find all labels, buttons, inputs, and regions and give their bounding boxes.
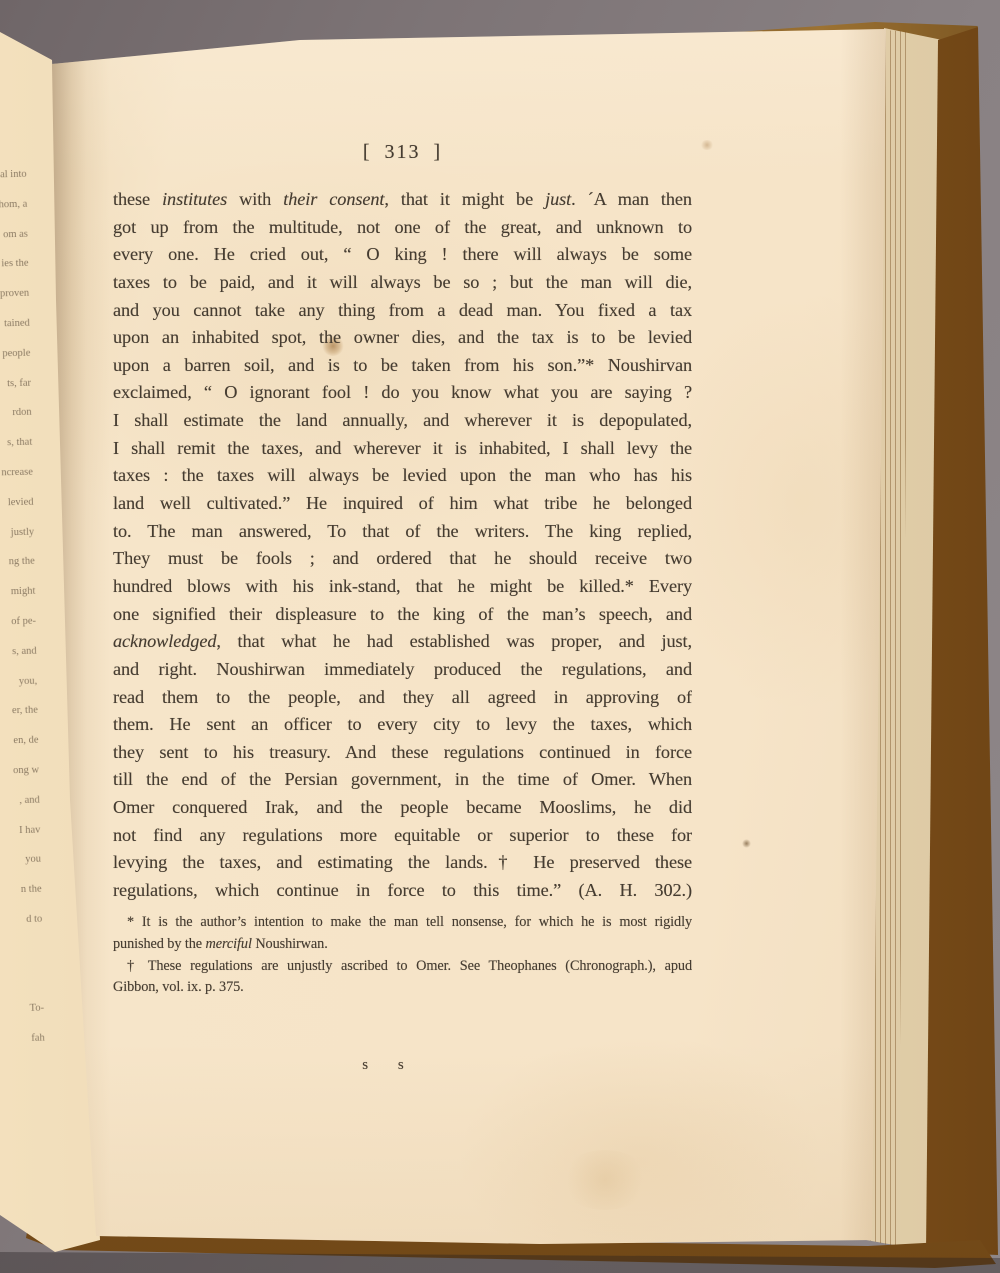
body-line: acknowledged, that what he had establish…	[113, 628, 692, 656]
body-line: and you cannot take any thing from a dea…	[113, 297, 692, 325]
body-line: taxes : the taxes will always be levied …	[113, 462, 692, 490]
text-segment: read them to the people, and they all ag…	[113, 687, 692, 707]
text-segment: exclaimed, “ O ignorant fool ! do you kn…	[113, 382, 692, 402]
footnote-block: * It is the author’s intention to make t…	[113, 912, 692, 999]
text-segment: * It is the author’s intention to make t…	[127, 914, 692, 930]
left-page-text-fragment: ng the	[0, 547, 35, 578]
text-segment: They must be fools ; and ordered that he…	[113, 548, 692, 568]
italic-text: merciful	[206, 936, 252, 952]
left-page-text-fragment: en, de	[4, 726, 39, 757]
left-page-text-fragment: proven	[0, 279, 29, 310]
text-segment: one signified their displeasure to the k…	[113, 604, 692, 624]
body-line: taxes to be paid, and it will always be …	[113, 269, 692, 297]
body-line: upon an inhabited spot, the owner dies, …	[113, 324, 692, 352]
text-segment: , that what he had established was prope…	[216, 631, 692, 651]
text-segment: upon a barren soil, and is to be taken f…	[113, 355, 692, 375]
body-line: hundred blows with his ink-stand, that h…	[113, 573, 692, 601]
text-segment: hundred blows with his ink-stand, that h…	[113, 576, 692, 596]
left-page-text-fragment: justly	[0, 517, 34, 548]
body-line: them. He sent an officer to every city t…	[113, 711, 692, 739]
body-line: levying the taxes, and estimating the la…	[113, 849, 692, 877]
left-page-text-fragment: ong w	[5, 756, 40, 787]
footnote-line: Gibbon, vol. ix. p. 375.	[113, 977, 692, 999]
body-line: I shall remit the taxes, and wherever it…	[113, 435, 692, 463]
text-segment: with	[227, 189, 283, 209]
footnote-line: * It is the author’s intention to make t…	[113, 912, 692, 934]
body-line: these institutes with their consent, tha…	[113, 186, 692, 214]
stain-spot	[560, 1150, 650, 1210]
text-segment: got up from the multitude, not one of th…	[113, 217, 692, 237]
text-segment: I shall estimate the land annually, and …	[113, 410, 692, 430]
left-page-text-fragment: d to	[8, 905, 43, 936]
body-line: regulations, which continue in force to …	[113, 877, 692, 905]
left-page-text-fragment: ies the	[0, 249, 29, 280]
italic-text: institutes	[162, 189, 227, 209]
body-line: and right. Noushirwan immediately produc…	[113, 656, 692, 684]
body-line: they sent to his treasury. And these reg…	[113, 739, 692, 767]
body-line: every one. He cried out, “ O king ! ther…	[113, 241, 692, 269]
left-page-text-fragment	[11, 1053, 46, 1084]
italic-text: their consent	[283, 189, 384, 209]
text-segment: I shall remit the taxes, and wherever it…	[113, 438, 692, 458]
footnote-line: † These regulations are unjustly ascribe…	[113, 956, 692, 978]
text-segment: not find any regulations more equitable …	[113, 825, 692, 845]
text-segment: land well cultivated.” He inquired of hi…	[113, 493, 692, 513]
body-line: Omer conquered Irak, and the people beca…	[113, 794, 692, 822]
text-segment: . ´A man then	[571, 189, 692, 209]
left-page-text-fragment: To-	[10, 994, 45, 1025]
left-page-text-fragment: levied	[0, 487, 34, 518]
left-page-text-fragment: rdon	[0, 398, 32, 429]
text-segment: to. The man answered, To that of the wri…	[113, 521, 692, 541]
left-page-text-fragment: of pe-	[2, 607, 37, 638]
left-page-text-fragment: s, that	[0, 428, 33, 459]
body-line: to. The man answered, To that of the wri…	[113, 518, 692, 546]
body-line: They must be fools ; and ordered that he…	[113, 545, 692, 573]
text-segment: these	[113, 189, 162, 209]
body-line: one signified their displeasure to the k…	[113, 601, 692, 629]
italic-text: just	[545, 189, 571, 209]
footnote-line: punished by the merciful Noushirwan.	[113, 934, 692, 956]
body-line: till the end of the Persian government, …	[113, 766, 692, 794]
body-line: not find any regulations more equitable …	[113, 822, 692, 850]
text-segment: † These regulations are unjustly ascribe…	[127, 958, 692, 974]
body-line: land well cultivated.” He inquired of hi…	[113, 490, 692, 518]
left-page-text-fragment	[9, 964, 44, 995]
left-page-text-fragment: tained	[0, 309, 30, 340]
page-number: [ 313 ]	[113, 141, 692, 164]
left-page-text-fragment: om as	[0, 219, 28, 250]
main-page: [ 313 ] these institutes with their cons…	[0, 0, 1000, 1273]
left-page-text-fragment: er, the	[4, 696, 39, 727]
left-page-text-fragment: people	[0, 338, 31, 369]
text-segment: till the end of the Persian government, …	[113, 769, 692, 789]
text-segment: Noushirwan.	[252, 936, 328, 952]
text-segment: and you cannot take any thing from a dea…	[113, 300, 692, 320]
text-segment: levying the taxes, and estimating the la…	[113, 852, 692, 872]
text-segment: regulations, which continue in force to …	[113, 880, 692, 900]
body-line: got up from the multitude, not one of th…	[113, 214, 692, 242]
text-segment: upon an inhabited spot, the owner dies, …	[113, 327, 692, 347]
left-page-text-fragment: you	[7, 845, 42, 876]
book-photo: { "page_header": { "page_number_display"…	[0, 0, 1000, 1273]
body-line: upon a barren soil, and is to be taken f…	[113, 352, 692, 380]
text-segment: them. He sent an officer to every city t…	[113, 714, 692, 734]
left-page-text-fragment: , and	[5, 785, 40, 816]
left-page-text-fragment: ncrease	[0, 458, 33, 489]
left-page-text-fragment: n the	[7, 875, 42, 906]
stain-spot	[700, 140, 714, 150]
text-segment: Gibbon, vol. ix. p. 375.	[113, 979, 244, 995]
left-page-text-fragments: al intohom, aom asies theproventainedpeo…	[0, 160, 46, 1084]
left-page-text-fragment	[9, 934, 44, 965]
italic-text: acknowledged	[113, 631, 216, 651]
text-segment: , that it might be	[384, 189, 545, 209]
left-page-text-fragment: fah	[10, 1024, 45, 1055]
text-segment: every one. He cried out, “ O king ! ther…	[113, 244, 692, 264]
body-line: read them to the people, and they all ag…	[113, 684, 692, 712]
text-segment: Omer conquered Irak, and the people beca…	[113, 797, 692, 817]
stain-spot	[742, 839, 751, 848]
text-segment: taxes : the taxes will always be levied …	[113, 465, 692, 485]
left-page-text-fragment: I hav	[6, 815, 41, 846]
signature-mark: s s	[100, 1057, 679, 1074]
left-page-text-fragment: ts, far	[0, 368, 31, 399]
left-page-text-fragment: you,	[3, 666, 38, 697]
left-page-text-fragment: s, and	[2, 636, 37, 667]
left-page-text-fragment: might	[1, 577, 36, 608]
body-line: I shall estimate the land annually, and …	[113, 407, 692, 435]
left-page-text-fragment: hom, a	[0, 190, 28, 221]
body-line: exclaimed, “ O ignorant fool ! do you kn…	[113, 379, 692, 407]
body-text: these institutes with their consent, tha…	[113, 186, 692, 905]
left-page-text-fragment: al into	[0, 160, 27, 191]
text-segment: taxes to be paid, and it will always be …	[113, 272, 692, 292]
text-segment: they sent to his treasury. And these reg…	[113, 742, 692, 762]
text-segment: punished by the	[113, 936, 206, 952]
text-segment: and right. Noushirwan immediately produc…	[113, 659, 692, 679]
